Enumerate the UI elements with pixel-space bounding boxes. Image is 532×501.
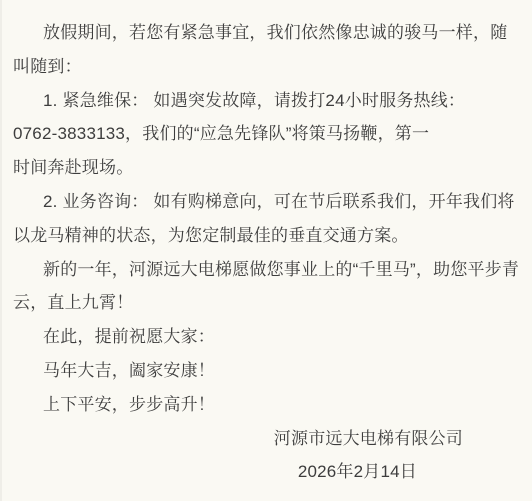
holiday-notice-document: 放假期间，若您有紧急事宜，我们依然像忠诚的骏马一样，随 叫随到： 1. 紧急维保… (0, 0, 532, 489)
emergency-maintenance-line: 1. 紧急维保： 如遇突发故障，请拨打24小时服务热线： (13, 84, 532, 118)
body-line: 叫随到： (13, 50, 532, 84)
body-line: 以龙马精神的状态，为您定制最佳的垂直交通方案。 (13, 219, 532, 253)
signature-date: 2026年2月14日 (13, 455, 532, 489)
body-line: 放假期间，若您有紧急事宜，我们依然像忠诚的骏马一样，随 (13, 16, 532, 50)
blessing-line: 上下平安，步步高升！ (13, 388, 532, 422)
body-line: 时间奔赴现场。 (13, 151, 532, 185)
company-signature: 河源市远大电梯有限公司 (13, 422, 532, 456)
business-inquiry-line: 2. 业务咨询： 如有购梯意向，可在节后联系我们，开年我们将 (13, 185, 532, 219)
body-line: 在此，提前祝愿大家： (13, 320, 532, 354)
hotline-number-line: 0762-3833133，我们的“应急先锋队”将策马扬鞭，第一 (13, 117, 532, 151)
body-line: 新的一年，河源远大电梯愿做您事业上的“千里马”，助您平步青 (13, 253, 532, 287)
blessing-line: 马年大吉，阖家安康！ (13, 354, 532, 388)
body-line: 云，直上九霄！ (13, 286, 532, 320)
